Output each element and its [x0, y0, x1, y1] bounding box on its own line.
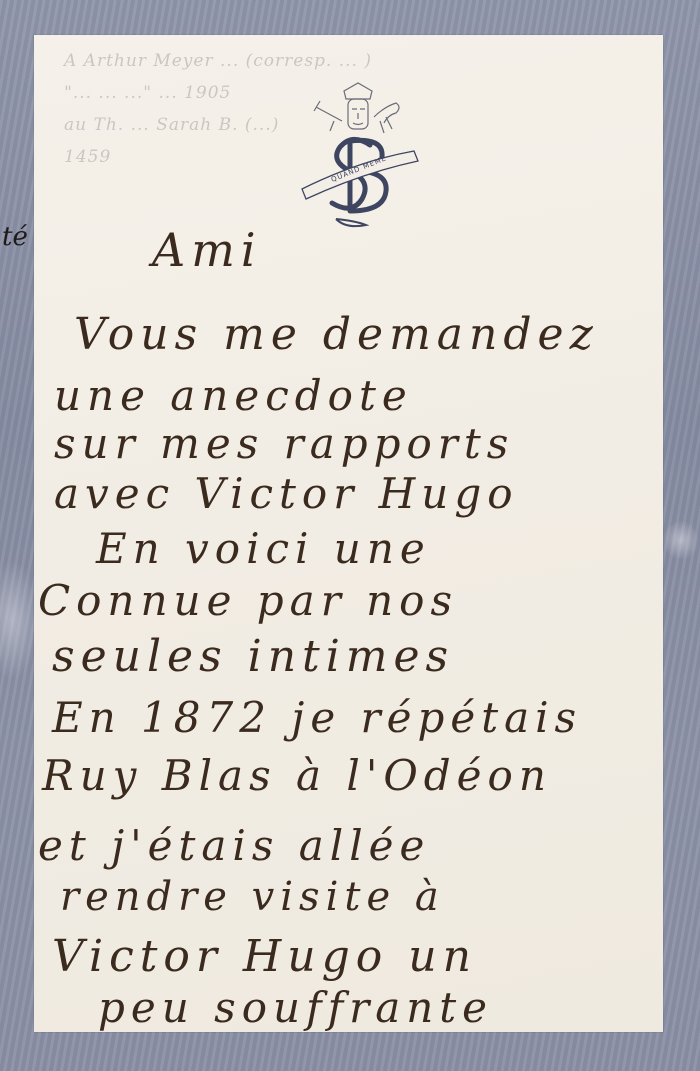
letter-line: En voici une	[96, 528, 431, 570]
letter-line: Ruy Blas à l'Odéon	[42, 755, 552, 797]
margin-ink-fragment: té	[2, 222, 28, 252]
sb-monogram-icon	[296, 131, 420, 231]
letter-line: peu souffrante	[98, 987, 493, 1029]
letter-line: Connue par nos	[38, 580, 458, 622]
pencil-line: A Arthur Meyer ... (corresp. ... )	[64, 45, 644, 77]
letterhead-monogram: QUAND MEME	[296, 77, 420, 229]
letter-line: Victor Hugo un	[52, 935, 477, 979]
letter-line: une anecdote	[54, 375, 413, 417]
letter-line: et j'étais allée	[38, 825, 430, 867]
letter-line: avec Victor Hugo	[54, 473, 518, 515]
letter-line: seules intimes	[52, 635, 454, 679]
letter-line: Vous me demandez	[74, 313, 599, 357]
letter-sheet: A Arthur Meyer ... (corresp. ... ) "... …	[34, 35, 663, 1032]
letter-line: rendre visite à	[60, 877, 445, 917]
letter-line: sur mes rapports	[54, 423, 514, 465]
salutation: Ami	[152, 227, 262, 273]
letter-line: En 1872 je répétais	[52, 697, 582, 739]
